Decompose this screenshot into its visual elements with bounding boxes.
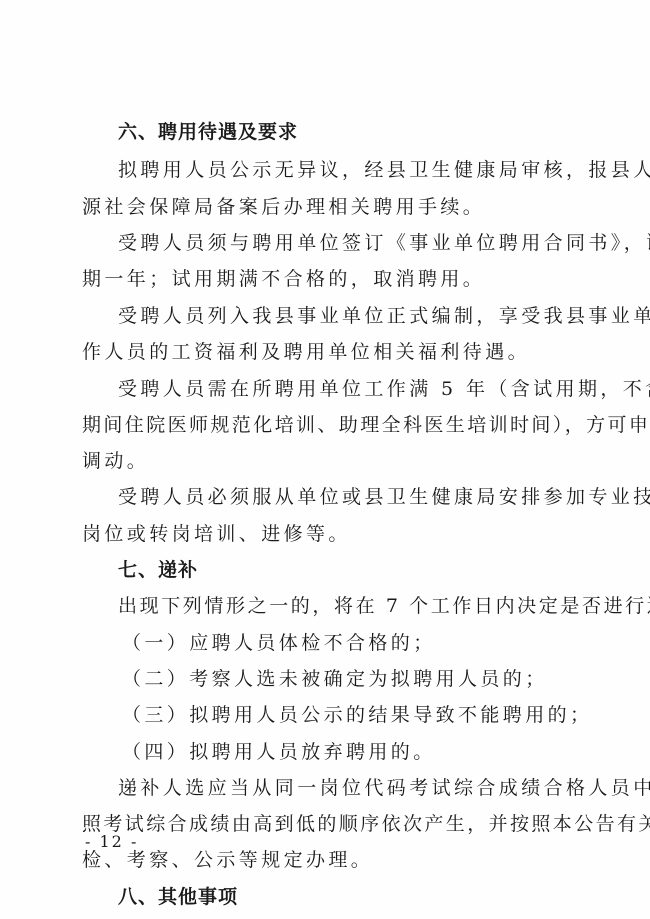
paragraph-line: 岗位或转岗培训、进修等。 [82,522,351,546]
list-item: （三）拟聘用人员公示的结果导致不能聘用的； [122,703,592,727]
paragraph-line: 受聘人员需在所聘用单位工作满 5 年（含试用期，不含聘用 [118,377,650,401]
paragraph-line: 期一年；试用期满不合格的，取消聘用。 [82,267,485,291]
list-item: （二）考察人选未被确定为拟聘用人员的； [122,667,548,691]
paragraph-line: 检、考察、公示等规定办理。 [82,848,373,872]
paragraph-line: 调动。 [82,449,149,473]
list-item: （四）拟聘用人员放弃聘用的。 [122,740,436,764]
paragraph-line: 期间住院医师规范化培训、助理全科医生培训时间），方可申请 [82,413,650,437]
document-page: 六、聘用待遇及要求 拟聘用人员公示无异议，经县卫生健康局审核，报县人力资 源社会… [0,0,650,919]
paragraph-line: 出现下列情形之一的，将在 7 个工作日内决定是否进行递补： [118,594,650,618]
section-heading-8: 八、其他事项 [118,885,238,909]
section-heading-6: 六、聘用待遇及要求 [118,120,298,144]
page-number: - 12 - [85,832,138,851]
paragraph-line: 递补人选应当从同一岗位代码考试综合成绩合格人员中按 [118,776,650,800]
paragraph-line: 源社会保障局备案后办理相关聘用手续。 [82,195,485,219]
paragraph-line: 拟聘用人员公示无异议，经县卫生健康局审核，报县人力资 [118,158,650,182]
paragraph-line: 作人员的工资福利及聘用单位相关福利待遇。 [82,340,530,364]
paragraph-line: 受聘人员须与聘用单位签订《事业单位聘用合同书》，试用 [118,231,650,255]
paragraph-line: 照考试综合成绩由高到低的顺序依次产生，并按照本公告有关体 [82,812,650,836]
paragraph-line: 受聘人员列入我县事业单位正式编制，享受我县事业单位工 [118,304,650,328]
list-item: （一）应聘人员体检不合格的； [122,631,436,655]
paragraph-line: 受聘人员必须服从单位或县卫生健康局安排参加专业技术 [118,485,650,509]
section-heading-7: 七、递补 [118,558,198,582]
